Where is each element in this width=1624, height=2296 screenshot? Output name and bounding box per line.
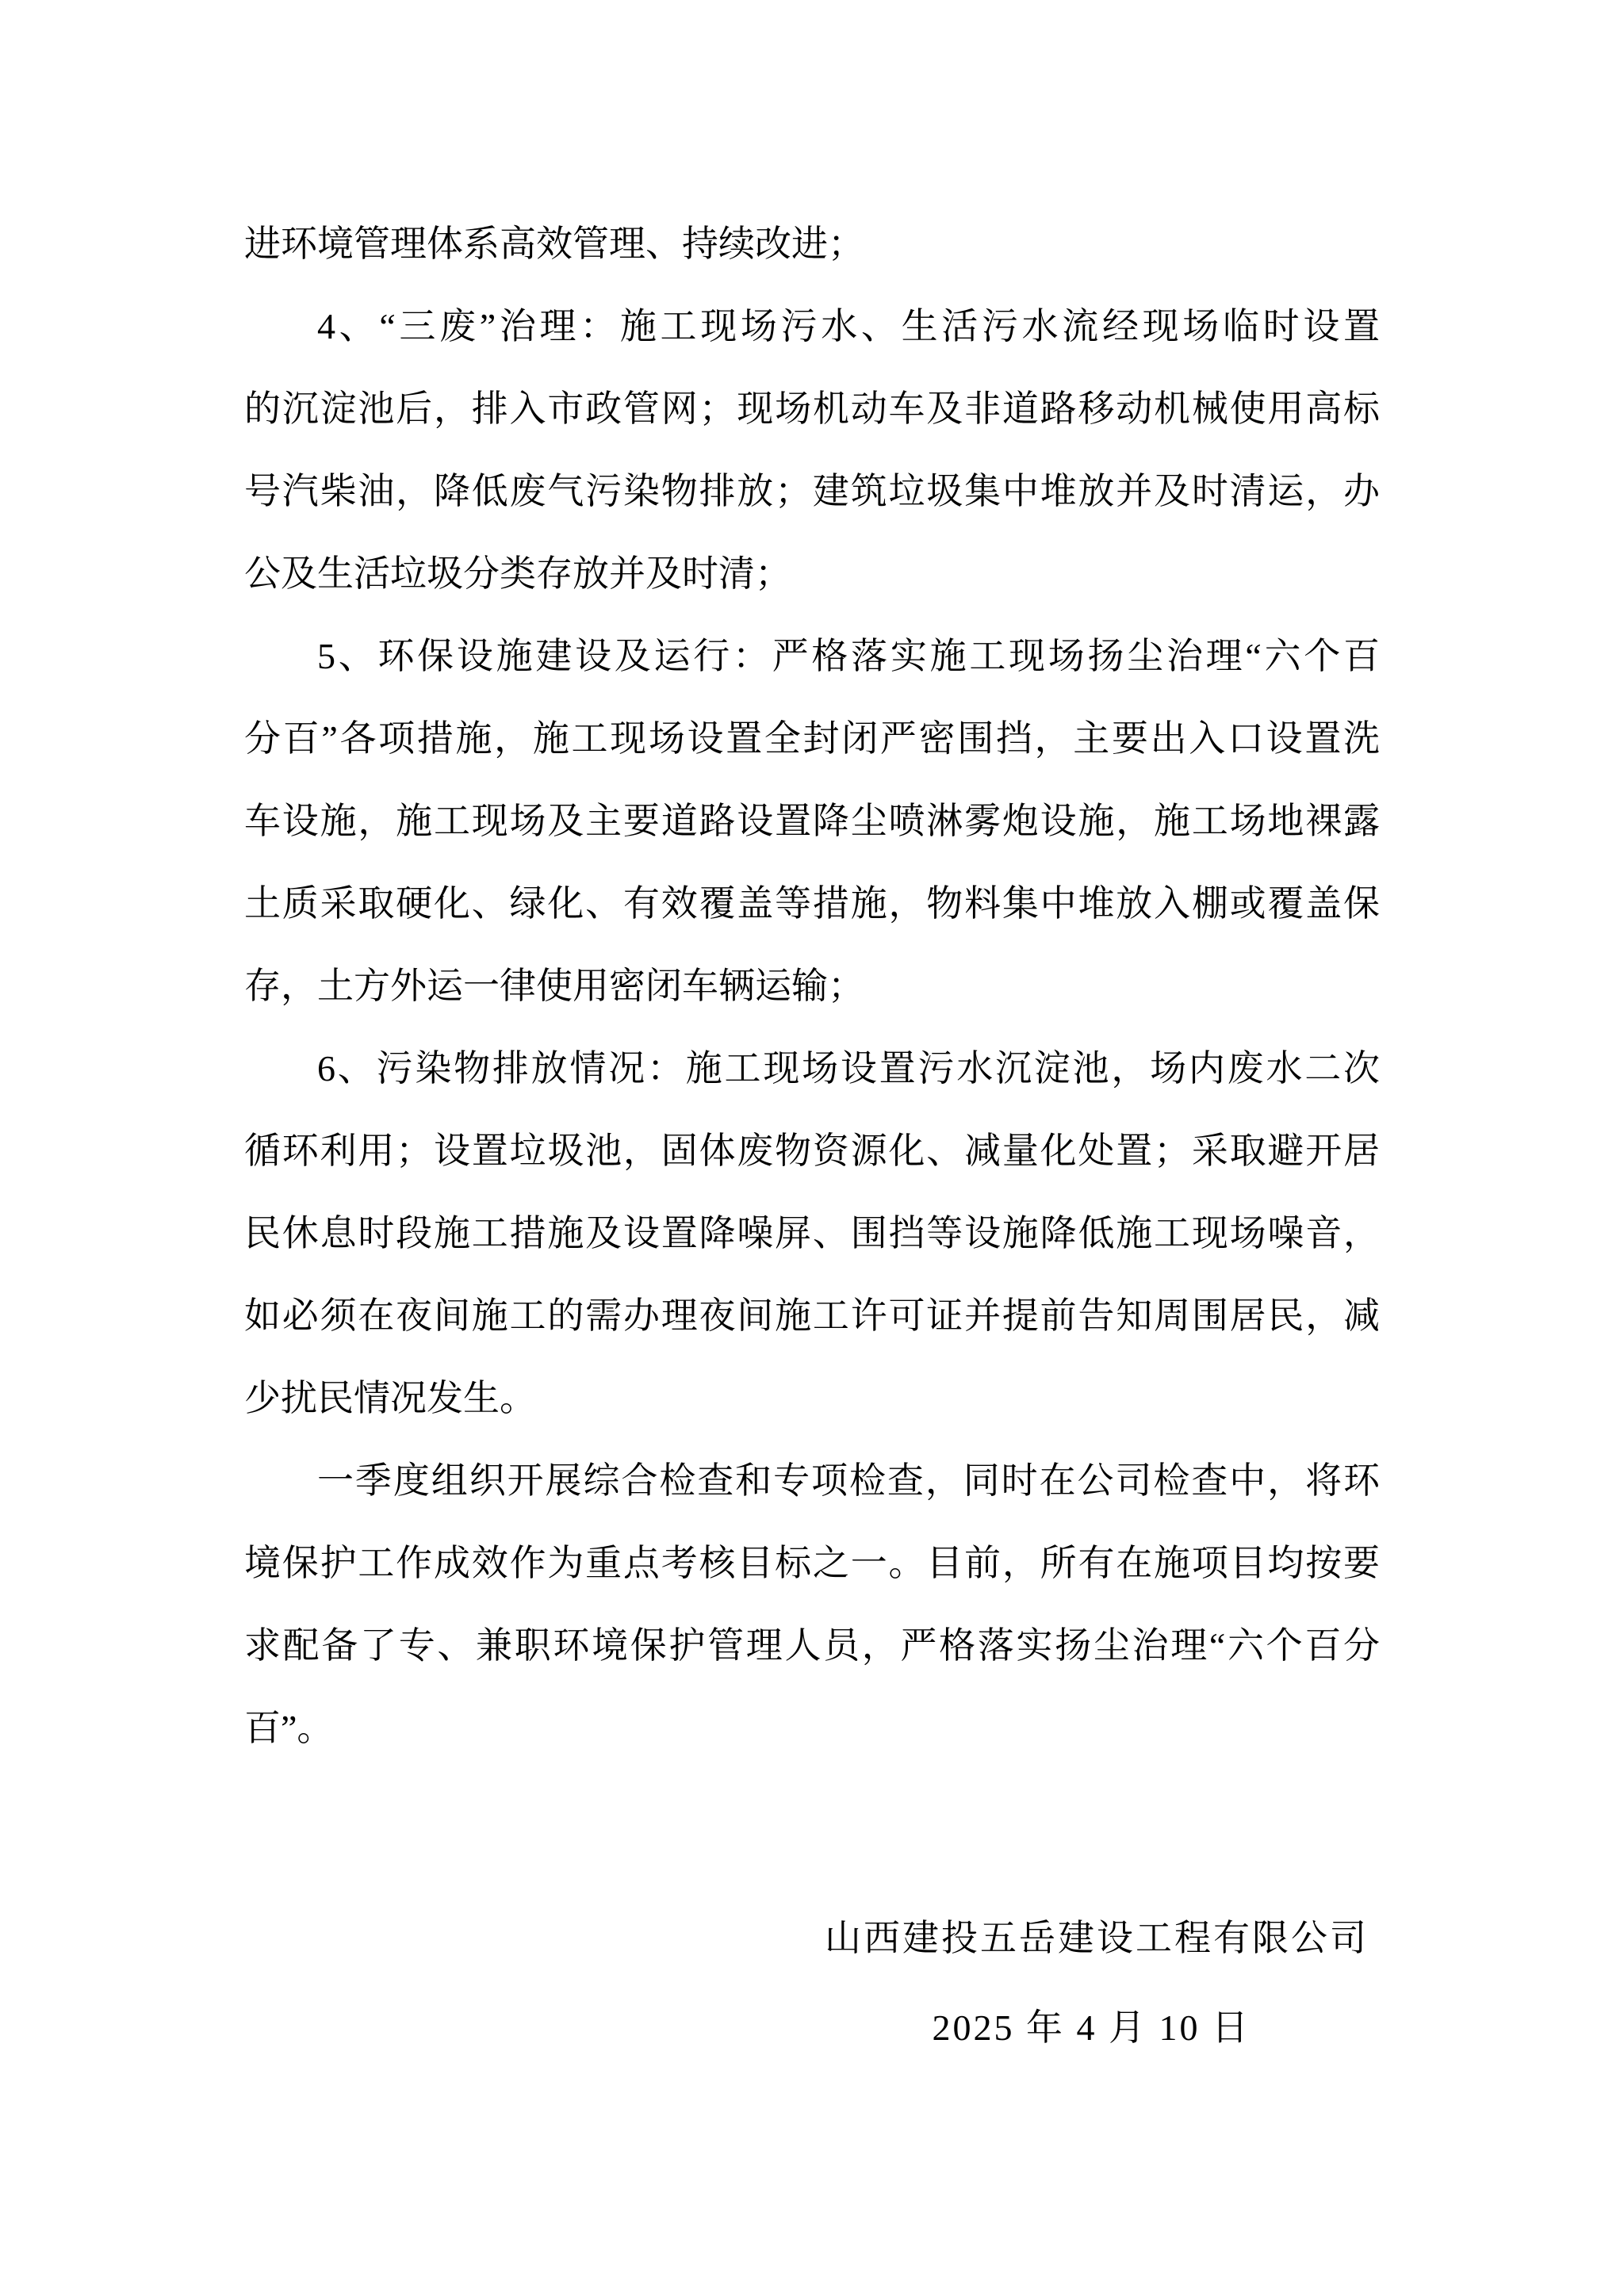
document-page: 进环境管理体系高效管理、持续改进；4、“三废”治理：施工现场污水、生活污水流经现… (0, 0, 1624, 2296)
text-line: 号汽柴油，降低废气污染物排放；建筑垃圾集中堆放并及时清运，办 (244, 450, 1380, 533)
text-line: 4、“三废”治理：施工现场污水、生活污水流经现场临时设置 (244, 285, 1380, 368)
text-line: 车设施，施工现场及主要道路设置降尘喷淋雾炮设施，施工场地裸露 (244, 780, 1380, 863)
text-line: 求配备了专、兼职环境保护管理人员，严格落实扬尘治理“六个百分 (244, 1605, 1380, 1687)
text-line: 5、环保设施建设及运行：严格落实施工现场扬尘治理“六个百 (244, 615, 1380, 698)
text-line: 分百”各项措施，施工现场设置全封闭严密围挡，主要出入口设置洗 (244, 698, 1380, 780)
paragraphs: 进环境管理体系高效管理、持续改进；4、“三废”治理：施工现场污水、生活污水流经现… (244, 203, 1380, 1770)
text-line: 6、污染物排放情况：施工现场设置污水沉淀池，场内废水二次 (244, 1027, 1380, 1110)
text-line: 公及生活垃圾分类存放并及时清； (244, 533, 1380, 615)
text-line: 循环利用；设置垃圾池，固体废物资源化、减量化处置；采取避开居 (244, 1110, 1380, 1192)
signature-block: 山西建投五岳建设工程有限公司 2025 年 4 月 10 日 (244, 1897, 1380, 2069)
text-line: 土质采取硬化、绿化、有效覆盖等措施，物料集中堆放入棚或覆盖保 (244, 863, 1380, 945)
text-line: 百”。 (244, 1687, 1380, 1770)
text-line: 进环境管理体系高效管理、持续改进； (244, 203, 1380, 285)
text-line: 境保护工作成效作为重点考核目标之一。目前，所有在施项目均按要 (244, 1522, 1380, 1605)
document-body: 进环境管理体系高效管理、持续改进；4、“三废”治理：施工现场污水、生活污水流经现… (244, 203, 1380, 2069)
text-line: 如必须在夜间施工的需办理夜间施工许可证并提前告知周围居民，减 (244, 1275, 1380, 1357)
signature-company-line: 山西建投五岳建设工程有限公司 (244, 1897, 1380, 1980)
text-line: 少扰民情况发生。 (244, 1357, 1380, 1440)
signature-date-line: 2025 年 4 月 10 日 (244, 1987, 1380, 2069)
text-line: 民休息时段施工措施及设置降噪屏、围挡等设施降低施工现场噪音， (244, 1192, 1380, 1275)
text-line: 存，土方外运一律使用密闭车辆运输； (244, 945, 1380, 1027)
text-line: 一季度组织开展综合检查和专项检查，同时在公司检查中，将环 (244, 1440, 1380, 1522)
text-line: 的沉淀池后，排入市政管网；现场机动车及非道路移动机械使用高标 (244, 368, 1380, 450)
